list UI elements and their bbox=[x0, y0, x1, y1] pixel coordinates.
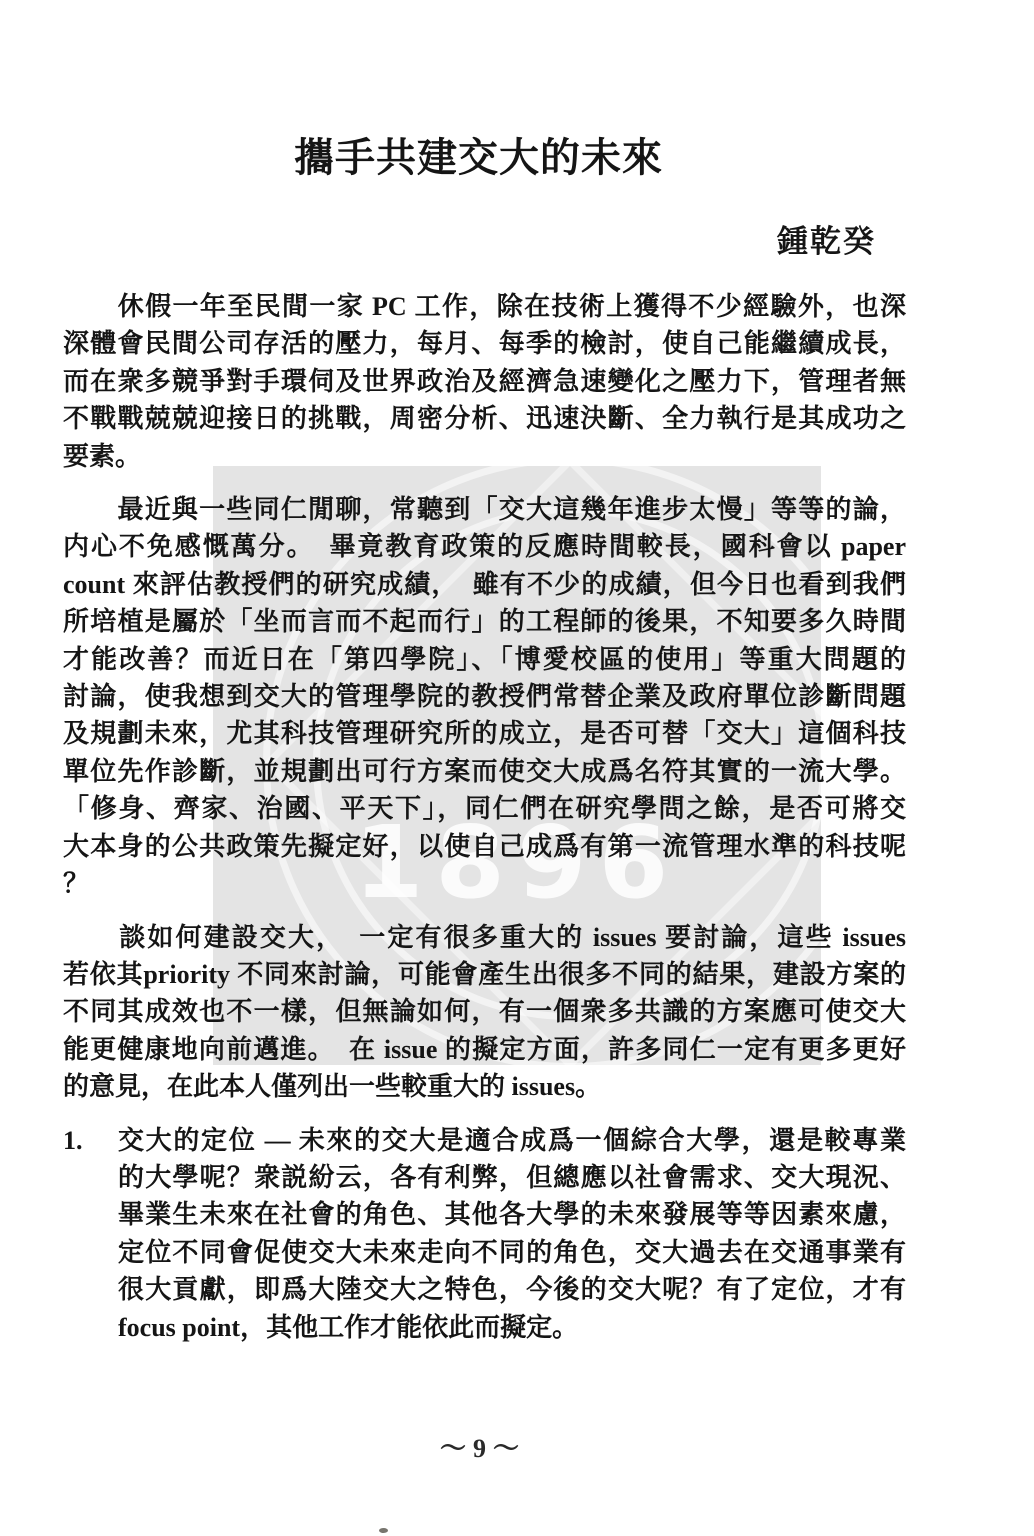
text-line: 要素。 bbox=[63, 438, 906, 475]
text-line: 若依其priority 不同來討論，可能會產生出很多不同的結果，建設方案的 bbox=[63, 956, 906, 993]
scan-artifact-dot bbox=[379, 1528, 388, 1533]
text-line: 談如何建設交大， 一定有很多重大的 issues 要討論，這些 issues bbox=[63, 919, 906, 956]
author-name: 鍾乾癸 bbox=[777, 222, 876, 262]
text-line: 才能改善？而近日在「第四學院」、「博愛校區的使用」等重大問題的 bbox=[63, 641, 906, 678]
text-line: 畢業生未來在社會的角色、其他各大學的未來發展等等因素來慮， bbox=[118, 1196, 906, 1233]
text-line: ？ bbox=[63, 865, 906, 902]
paragraph-2: 最近與一些同仁閒聊，常聽到「交大這幾年進步太慢」等等的論， 内心不免感慨萬分。 … bbox=[63, 491, 906, 902]
text-line: 大本身的公共政策先擬定好，以使自己成爲有第一流管理水準的科技呢 bbox=[63, 828, 906, 865]
document-page: 1896 攜手共建交大的未來 鍾乾癸 休假一年至民間一家 PC 工作，除在技術上… bbox=[0, 0, 1034, 1536]
text-line: 的意見，在此本人僅列出一些較重大的 issues。 bbox=[63, 1068, 906, 1105]
text-line: 休假一年至民間一家 PC 工作，除在技術上獲得不少經驗外，也深 bbox=[63, 288, 906, 325]
paragraph-3: 談如何建設交大， 一定有很多重大的 issues 要討論，這些 issues 若… bbox=[63, 919, 906, 1106]
document-body: 休假一年至民間一家 PC 工作，除在技術上獲得不少經驗外，也深 深體會民間公司存… bbox=[63, 288, 906, 1346]
text-line: 不戰戰兢兢迎接日的挑戰，周密分析、迅速決斷、全力執行是其成功之 bbox=[63, 400, 906, 437]
list-number: 1. bbox=[63, 1122, 118, 1346]
paragraph-1: 休假一年至民間一家 PC 工作，除在技術上獲得不少經驗外，也深 深體會民間公司存… bbox=[63, 288, 906, 475]
text-line: 最近與一些同仁閒聊，常聽到「交大這幾年進步太慢」等等的論， bbox=[63, 491, 906, 528]
text-line: 不同其成效也不一樣，但無論如何，有一個衆多共識的方案應可使交大 bbox=[63, 993, 906, 1030]
text-line: 而在衆多競爭對手環伺及世界政治及經濟急速變化之壓力下，管理者無 bbox=[63, 363, 906, 400]
list-item-text: 交大的定位 — 未來的交大是適合成爲一個綜合大學，還是較專業 的大學呢？衆説紛云… bbox=[118, 1122, 906, 1346]
text-line: 定位不同會促使交大未來走向不同的角色，交大過去在交通事業有 bbox=[118, 1234, 906, 1271]
text-line: count 來評估教授們的研究成績， 雖有不少的成績，但今日也看到我們 bbox=[63, 566, 906, 603]
text-line: 所培植是屬於「坐而言而不起而行」的工程師的後果，不知要多久時間 bbox=[63, 603, 906, 640]
text-line: 及規劃未來，尤其科技管理研究所的成立，是否可替「交大」這個科技 bbox=[63, 715, 906, 752]
list-item-1: 1. 交大的定位 — 未來的交大是適合成爲一個綜合大學，還是較專業 的大學呢？衆… bbox=[63, 1122, 906, 1346]
text-line: 交大的定位 — 未來的交大是適合成爲一個綜合大學，還是較專業 bbox=[118, 1122, 906, 1159]
text-line: 討論，使我想到交大的管理學院的教授們常替企業及政府單位診斷問題 bbox=[63, 678, 906, 715]
text-line: 「修身、齊家、治國、平天下」，同仁們在研究學問之餘，是否可將交 bbox=[63, 790, 906, 827]
text-line: 能更健康地向前邁進。 在 issue 的擬定方面，許多同仁一定有更多更好 bbox=[63, 1031, 906, 1068]
text-line: 的大學呢？衆説紛云，各有利弊，但總應以社會需求、交大現況、 bbox=[118, 1159, 906, 1196]
text-line: focus point，其他工作才能依此而擬定。 bbox=[118, 1309, 906, 1346]
page-number: ～9～ bbox=[440, 1428, 526, 1465]
text-line: 很大貢獻，即爲大陸交大之特色，今後的交大呢？有了定位，才有 bbox=[118, 1271, 906, 1308]
text-line: 内心不免感慨萬分。 畢竟教育政策的反應時間較長，國科會以 paper bbox=[63, 528, 906, 565]
text-line: 深體會民間公司存活的壓力，每月、每季的檢討，使自己能繼續成長， bbox=[63, 325, 906, 362]
page-title: 攜手共建交大的未來 bbox=[294, 132, 663, 184]
text-line: 單位先作診斷，並規劃出可行方案而使交大成爲名符其實的一流大學。 bbox=[63, 753, 906, 790]
